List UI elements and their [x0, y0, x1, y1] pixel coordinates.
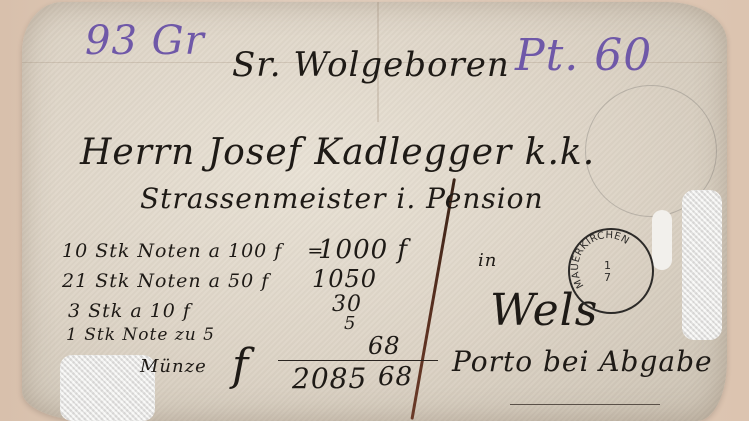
currency-florin-mark: f — [232, 340, 249, 391]
torn-paper-patch — [682, 190, 722, 340]
underline — [510, 404, 660, 405]
ledger-row-4: 1 Stk Note zu 5 — [66, 325, 215, 345]
postmark-town: MAUERKIRCHEN — [570, 230, 631, 290]
ledger-amount-1: 1000 f — [318, 235, 408, 265]
ledger-row-3: 3 Stk a 10 f — [68, 300, 191, 322]
ledger-amount-2: 1050 — [312, 265, 377, 293]
ledger-total: 2085 — [292, 362, 367, 395]
ledger-row-2: 21 Stk Noten a 50 f — [62, 270, 269, 292]
svg-text:MAUERKIRCHEN: MAUERKIRCHEN — [570, 230, 631, 290]
salutation: Sr. Wolgeboren — [232, 45, 510, 85]
postmark-ring-text: MAUERKIRCHEN — [570, 230, 652, 312]
recipient-title: Strassenmeister i. Pension — [140, 182, 544, 215]
ledger-row-5: Münze — [140, 356, 207, 377]
recipient-name: Herrn Josef Kadlegger k.k. — [80, 132, 595, 173]
ledger-desc: 10 Stk Noten a 100 f — [62, 240, 282, 262]
ledger-amount-4: 5 — [344, 313, 356, 334]
violet-annotation-left: 93 Gr — [85, 18, 205, 64]
sum-line — [278, 360, 438, 361]
postmark-date-month: 7 — [604, 272, 611, 284]
postmark-stamp: MAUERKIRCHEN 1 7 — [568, 228, 654, 314]
postage-note: Porto bei Abgabe — [452, 345, 713, 378]
torn-paper-flap — [652, 210, 672, 270]
ledger-amount-5: 68 — [368, 332, 401, 360]
postmark-date: 1 7 — [604, 260, 611, 284]
ledger-row-1: 10 Stk Noten a 100 f = — [62, 240, 324, 262]
preposition-in: in — [478, 250, 497, 271]
violet-annotation-right: Pt. 60 — [515, 30, 652, 81]
ledger-total-cents: 68 — [378, 362, 413, 392]
